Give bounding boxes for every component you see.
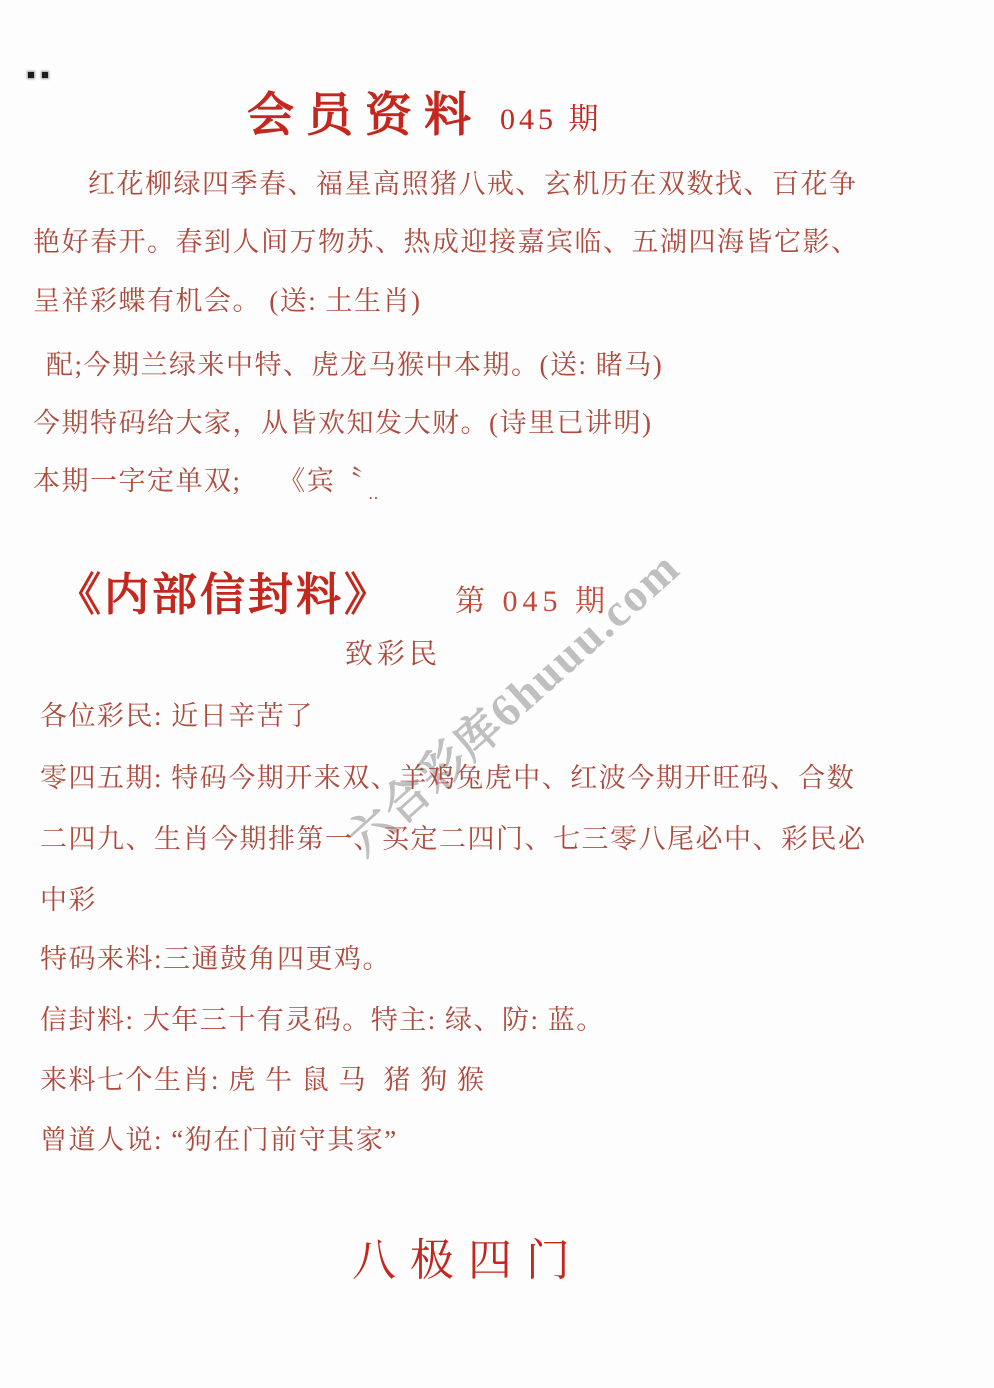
poem-line: 呈祥彩蝶有机会。 (送: 土生肖) [33, 279, 421, 318]
envelope-line: 特码来料:三通鼓角四更鸡。 [40, 937, 391, 976]
envelope-line: 曾道人说: “狗在门前守其家” [40, 1118, 398, 1157]
dedication-line: 致彩民 [345, 632, 441, 672]
member-section-title: 会员资料 [247, 78, 483, 145]
footer-title: 八极四门 [352, 1224, 584, 1288]
poem-line: 配;今期兰绿来中特、虎龙马猴中本期。(送: 睹马) [46, 343, 663, 382]
envelope-line: 中彩 [40, 878, 97, 917]
poem-line: 红花柳绿四季春、福星高照猪八戒、玄机历在双数找、百花争 [88, 162, 858, 201]
envelope-line: 信封料: 大年三十有灵码。特主: 绿、防: 蓝。 [40, 998, 605, 1037]
poem-line: 本期一字定单双; 《宾〝 [33, 459, 364, 498]
scanned-lottery-sheet: 六合彩库6huuu.com 会员资料 045 期 红花柳绿四季春、福星高照猪八戒… [0, 0, 994, 1388]
scan-speckle-dot [28, 72, 34, 78]
envelope-line: 来料七个生肖: 虎 牛 鼠 马 猪 狗 猴 [40, 1058, 486, 1097]
poem-line: 今期特码给大家，从皆欢知发大财。(诗里已讲明) [33, 401, 652, 440]
poem-line: 艳好春开。春到人间万物苏、热成迎接嘉宾临、五湖四海皆它影、 [33, 220, 860, 259]
member-section-issue-number: 045 期 [500, 94, 603, 138]
envelope-section-title: 《内部信封料》 [56, 558, 392, 623]
envelope-line: 零四五期: 特码今期开来双、羊鸡兔虎中、红波今期开旺码、合数 [40, 756, 855, 795]
envelope-line: 二四九、生肖今期排第一、买定二四门、七三零八尾必中、彩民必 [40, 817, 867, 856]
ink-marks-under-bin: ‥ [368, 484, 381, 504]
envelope-line: 各位彩民: 近日辛苦了 [40, 694, 314, 733]
envelope-section-issue-number: 第 045 期 [455, 576, 610, 620]
scan-speckle-dot [42, 72, 48, 78]
